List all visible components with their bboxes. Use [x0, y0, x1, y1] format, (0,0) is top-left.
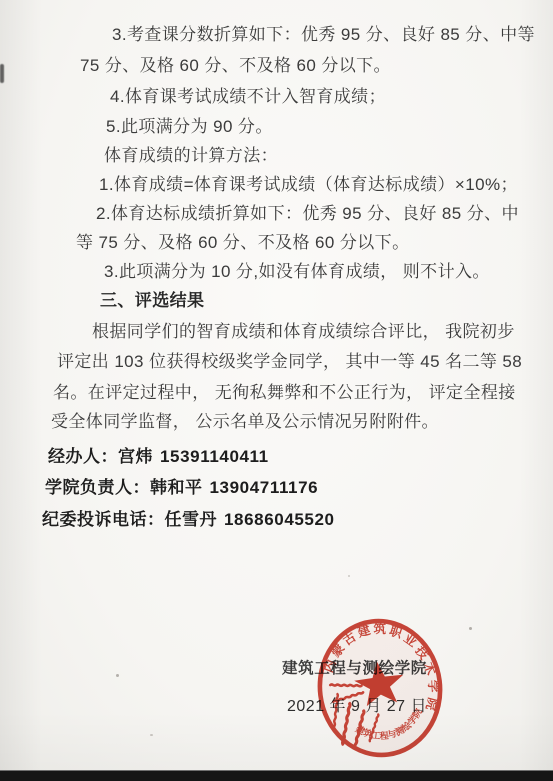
contact-label: 学院负责人： — [45, 478, 150, 497]
paper-speck — [348, 575, 350, 577]
body-line: 体育成绩的计算方法： — [104, 145, 278, 167]
body-line: 等 75 分、及格 60 分、不及格 60 分以下。 — [76, 232, 409, 254]
contact-name: 韩和平 — [150, 478, 203, 497]
seal-ring-char: 筑 — [374, 621, 387, 636]
scan-artifact — [0, 64, 4, 83]
contact-line: 纪委投诉电话：任雪丹18686045520 — [42, 509, 335, 531]
section-heading: 三、评选结果 — [100, 290, 204, 312]
contact-phone: 18686045520 — [224, 510, 335, 529]
body-line: 3.此项满分为 10 分,如没有体育成绩， 则不计入。 — [104, 261, 490, 283]
body-line: 2.体育达标成绩折算如下：优秀 95 分、良好 85 分、中 — [96, 203, 519, 225]
body-line: 1.体育成绩=体育课考试成绩（体育达标成绩）×10%； — [99, 174, 518, 196]
contact-phone: 13904711176 — [210, 478, 319, 497]
body-line: 75 分、及格 60 分、不及格 60 分以下。 — [80, 55, 391, 77]
official-seal: 内蒙古建筑职业技术学院建筑工程与测绘学院 — [293, 601, 467, 775]
body-line: 名。在评定过程中， 无徇私舞弊和不公正行为， 评定全程接 — [53, 382, 516, 404]
contact-label: 纪委投诉电话： — [42, 510, 165, 529]
contact-name: 任雪丹 — [165, 510, 218, 529]
document-photo: 3.考查课分数折算如下：优秀 95 分、良好 85 分、中等 75 分、及格 6… — [0, 0, 553, 781]
body-line: 受全体同学监督， 公示名单及公示情况另附附件。 — [51, 411, 439, 433]
contact-label: 经办人： — [48, 447, 118, 466]
paper-speck — [150, 734, 153, 736]
body-line: 4.体育课考试成绩不计入智育成绩； — [110, 86, 386, 108]
paper-speck — [116, 674, 119, 677]
body-line: 5.此项满分为 90 分。 — [106, 116, 273, 138]
contact-line: 经办人：宫炜15391140411 — [48, 446, 269, 468]
contact-line: 学院负责人：韩和平13904711176 — [45, 477, 318, 499]
seal-ring-char: 学 — [426, 680, 442, 694]
body-line: 评定出 103 位获得校级奖学金同学， 其中一等 45 名二等 58 — [57, 351, 522, 373]
paper-speck — [469, 627, 472, 630]
contact-phone: 15391140411 — [160, 447, 269, 466]
body-line: 根据同学们的智育成绩和体育成绩综合评比， 我院初步 — [92, 321, 515, 343]
photo-bottom-edge — [0, 770, 553, 781]
contact-name: 宫炜 — [118, 447, 153, 466]
body-line: 3.考查课分数折算如下：优秀 95 分、良好 85 分、中等 — [112, 24, 535, 46]
